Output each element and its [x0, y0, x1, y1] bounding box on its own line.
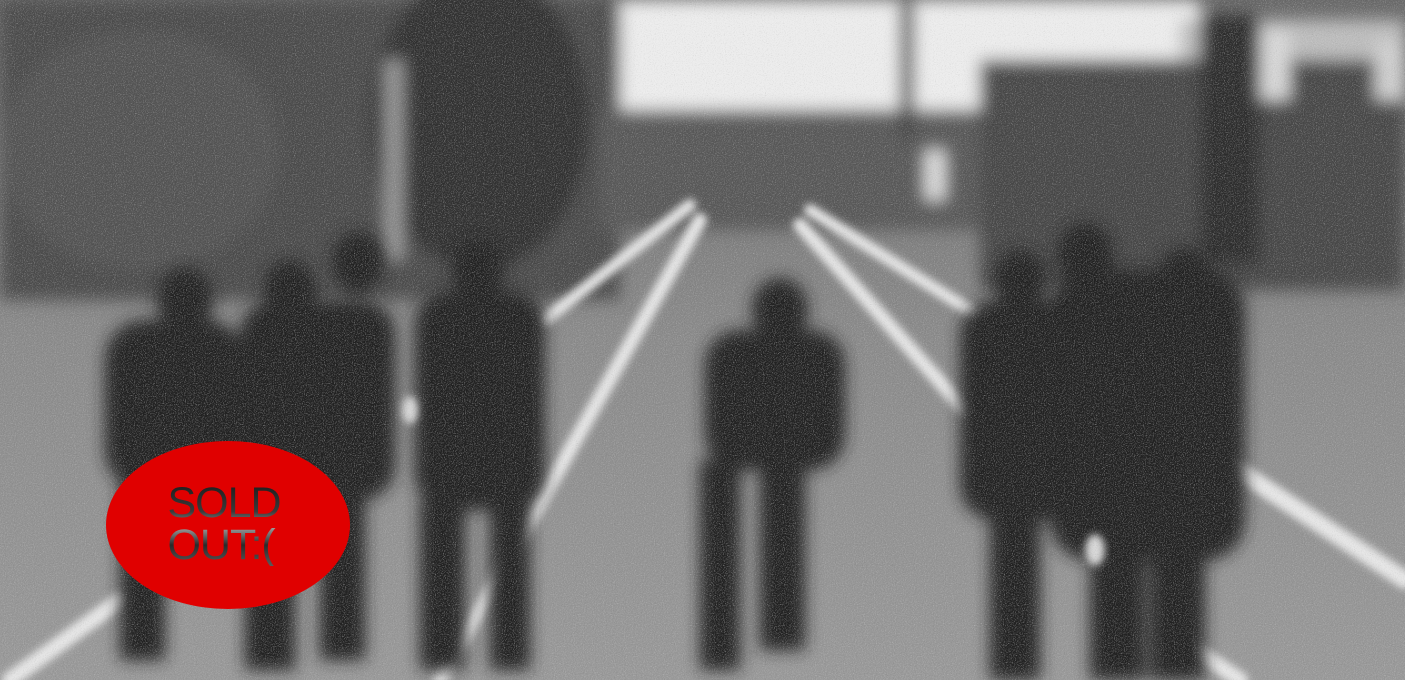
- sold-out-badge[interactable]: SOLD OUT:(: [106, 441, 350, 609]
- sold-out-line-2: OUT:(: [167, 524, 280, 566]
- sold-out-label: SOLD OUT:(: [167, 482, 280, 566]
- hero-banner: SOLD OUT:(: [0, 0, 1405, 680]
- sold-out-line-1: SOLD: [167, 482, 280, 524]
